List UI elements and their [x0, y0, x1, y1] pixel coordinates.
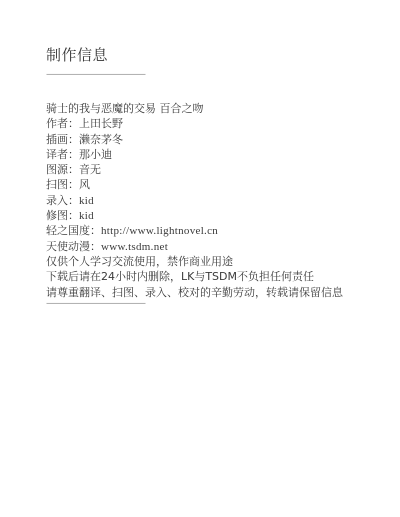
credit-label: 扫图： — [46, 178, 79, 191]
credit-image-source: 图源：音无 — [46, 162, 343, 177]
credit-translator: 译者：那小迪 — [46, 147, 343, 162]
credit-image-edit: 修图：kid — [46, 208, 343, 223]
separator-bottom: ——————————— — [46, 298, 145, 310]
credit-label: 译者： — [46, 148, 79, 161]
credit-typing: 录入：kid — [46, 193, 343, 208]
credit-value: 濑奈茅冬 — [79, 133, 123, 146]
lk-site-link: http://www.lightnovel.cn — [101, 225, 218, 237]
page-title: 制作信息 — [46, 45, 108, 65]
credit-value: 音无 — [79, 163, 101, 176]
credit-value: 上田长野 — [79, 117, 123, 130]
credit-author: 作者：上田长野 — [46, 116, 343, 131]
credit-scan: 扫图：风 — [46, 177, 343, 192]
credit-value: kid — [79, 210, 94, 222]
credit-label: 天使动漫： — [46, 240, 101, 253]
credit-label: 插画： — [46, 133, 79, 146]
credit-label: 作者： — [46, 117, 79, 130]
credit-label: 轻之国度： — [46, 224, 101, 237]
separator-top: ——————————— — [46, 69, 145, 81]
book-title: 骑士的我与恶魔的交易 百合之吻 — [46, 101, 343, 116]
credit-value: 那小迪 — [79, 148, 112, 161]
credit-value: 风 — [79, 178, 90, 191]
credit-illustrator: 插画：濑奈茅冬 — [46, 132, 343, 147]
credits-list: 骑士的我与恶魔的交易 百合之吻 作者：上田长野 插画：濑奈茅冬 译者：那小迪 图… — [46, 101, 343, 300]
notice-line: 下载后请在24小时内删除，LK与TSDM不负担任何责任 — [46, 269, 343, 284]
credit-tsdm-site: 天使动漫：www.tsdm.net — [46, 239, 343, 254]
tsdm-site-link: www.tsdm.net — [101, 241, 168, 253]
credit-label: 录入： — [46, 194, 79, 207]
credit-label: 修图： — [46, 209, 79, 222]
credit-value: kid — [79, 195, 94, 207]
credit-lk-site: 轻之国度：http://www.lightnovel.cn — [46, 223, 343, 238]
credit-label: 图源： — [46, 163, 79, 176]
notice-line: 仅供个人学习交流使用，禁作商业用途 — [46, 254, 343, 269]
